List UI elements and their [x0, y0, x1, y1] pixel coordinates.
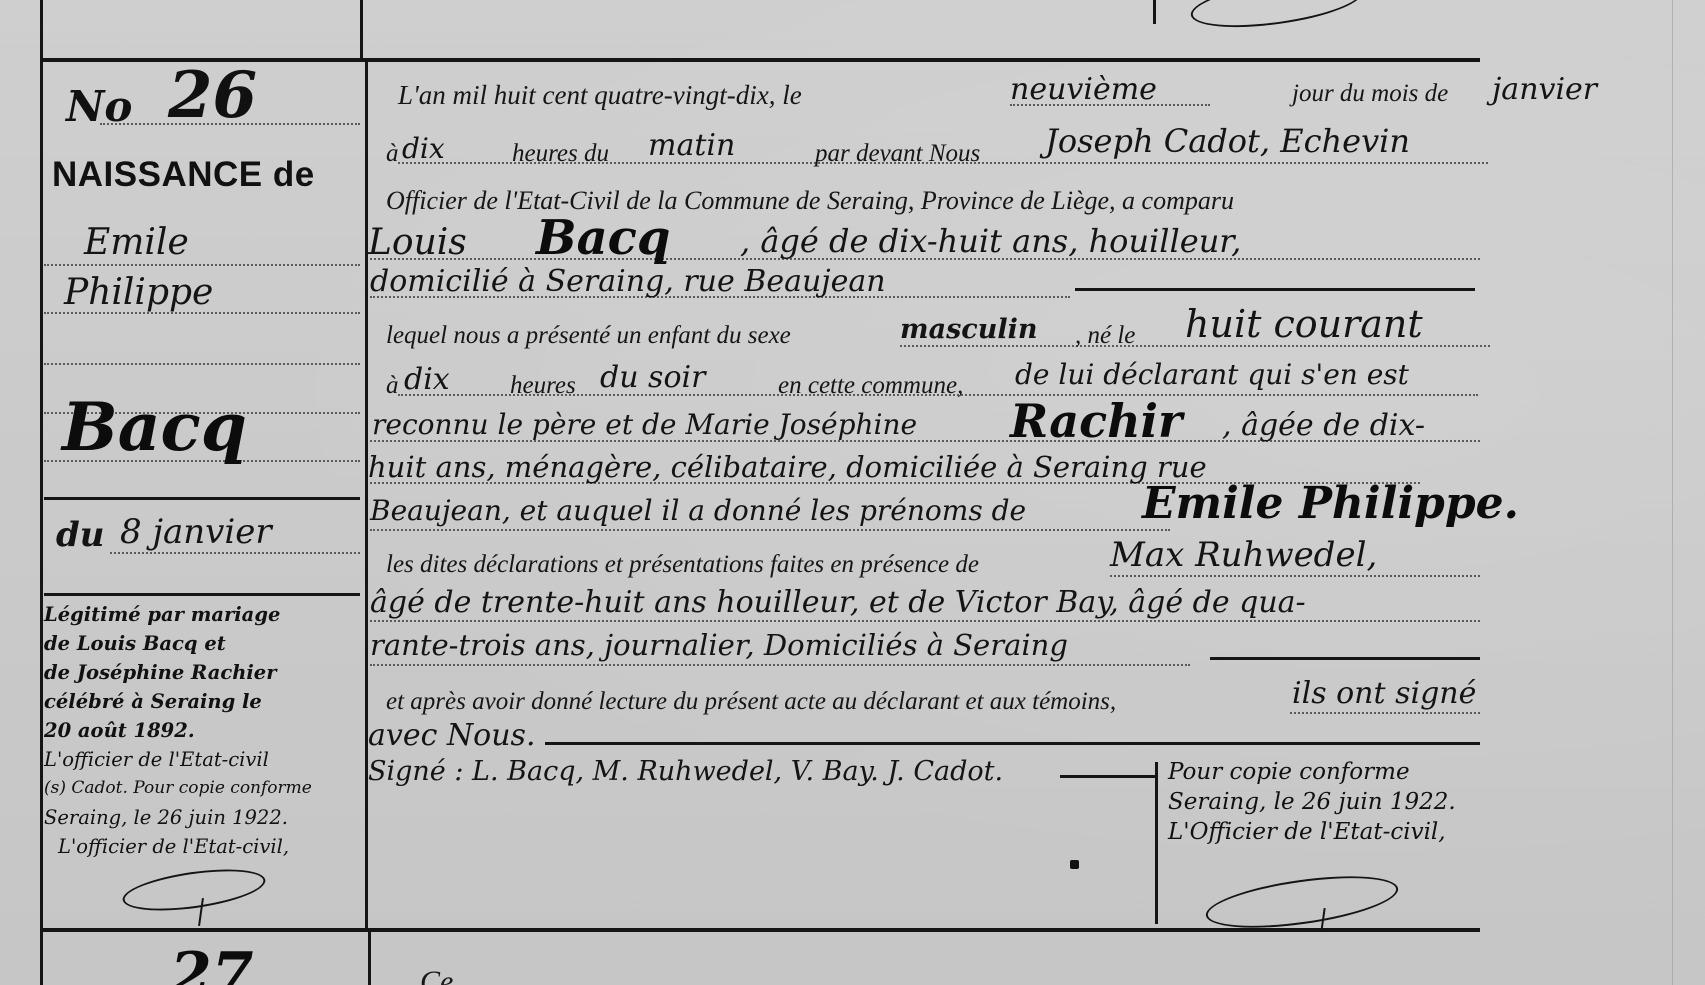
- copy-note-line: L'Officier de l'Etat-civil,: [1168, 817, 1456, 847]
- margin-note-line: (s) Cadot. Pour copie conforme: [44, 774, 364, 803]
- printed-text: jour du mois de: [1292, 80, 1448, 108]
- margin-note-line: célébré à Seraing le: [44, 687, 364, 716]
- handwritten-period: matin: [648, 128, 735, 163]
- column-divider-next: [368, 932, 371, 985]
- handwritten-given-names: Emile Philippe.: [1142, 478, 1519, 529]
- document-page: No 26 NAISSANCE de Emile Philippe Bacq d…: [0, 0, 1705, 985]
- handwritten-mother-details: huit ans, ménagère, célibataire, domicil…: [368, 450, 1207, 484]
- copy-note-line: Seraing, le 26 juin 1922.: [1168, 787, 1456, 817]
- guide-line: [110, 552, 360, 554]
- ink-dot: [1070, 860, 1079, 869]
- given-name-1: Emile: [84, 222, 189, 263]
- printed-text: Officier de l'Etat-Civil de la Commune d…: [386, 186, 1234, 216]
- fill-rule: [1210, 657, 1480, 660]
- handwritten-declaration: de lui déclarant qui s'en est: [1015, 358, 1409, 391]
- fill-rule: [1075, 288, 1475, 291]
- printed-text: L'an mil huit cent quatre-vingt-dix, le: [398, 80, 802, 111]
- entry-bottom-rule: [40, 928, 1480, 932]
- handwritten-mother: reconnu le père et de Marie Joséphine: [372, 408, 917, 441]
- copy-conform-note: Pour copie conforme Seraing, le 26 juin …: [1168, 757, 1456, 847]
- printed-text: à: [386, 372, 399, 400]
- handwritten-declarant-first: Louis: [368, 222, 467, 263]
- fill-rule: [1060, 775, 1155, 778]
- handwritten-day: neuvième: [1010, 72, 1157, 107]
- handwritten-birth-hour: dix: [404, 362, 450, 397]
- handwritten-naming: Beaujean, et auquel il a donné les préno…: [370, 494, 1026, 527]
- prev-bracket-line: [1153, 0, 1156, 24]
- officer-signature: [1203, 867, 1401, 938]
- signatures-list: Signé : L. Bacq, M. Ruhwedel, V. Bay. J.…: [368, 756, 1003, 787]
- entry-number-label: No: [66, 82, 132, 131]
- section-rule: [44, 497, 360, 500]
- guide-line: [370, 620, 1480, 622]
- entry-number: 26: [168, 58, 257, 133]
- margin-signature: [120, 862, 268, 918]
- margin-note-line: de Joséphine Rachier: [44, 658, 364, 687]
- handwritten-officer: Joseph Cadot, Echevin: [1045, 122, 1410, 160]
- printed-text: en cette commune,: [778, 372, 963, 400]
- guide-line: [44, 264, 360, 266]
- fill-rule: [545, 742, 1480, 745]
- date-prefix: du: [56, 515, 105, 555]
- handwritten-closing: avec Nous.: [368, 718, 536, 753]
- handwritten-birth-day: huit courant: [1185, 302, 1423, 346]
- printed-text: heures du: [512, 140, 609, 168]
- printed-text: les dites déclarations et présentations …: [386, 551, 979, 579]
- record-type-heading: NAISSANCE de: [52, 155, 315, 195]
- surname: Bacq: [62, 388, 247, 466]
- handwritten-signed-statement: ils ont signé: [1292, 676, 1476, 711]
- handwritten-declarant-details: , âgé de dix-huit ans, houilleur,: [740, 222, 1241, 260]
- margin-note-line: Seraing, le 26 juin 1922.: [44, 803, 364, 832]
- handwritten-witness-details: âgé de trente-huit ans houilleur, et de …: [370, 585, 1306, 620]
- guide-line: [1290, 712, 1480, 714]
- handwritten-witness-domicile: rante-trois ans, journalier, Domiciliés …: [370, 628, 1068, 662]
- printed-text: et après avoir donné lecture du présent …: [386, 688, 1116, 716]
- page-edge-line: [1672, 0, 1673, 985]
- handwritten-sex: masculin: [900, 314, 1037, 345]
- guide-line: [370, 664, 1190, 666]
- printed-text: à: [386, 140, 399, 168]
- printed-text: , né le: [1075, 322, 1135, 350]
- copy-note-bracket: [1155, 762, 1158, 924]
- handwritten-mother-surname: Rachir: [1010, 394, 1182, 448]
- printed-text: par devant Nous: [815, 140, 980, 168]
- column-divider: [365, 62, 368, 930]
- copy-note-line: Pour copie conforme: [1168, 757, 1456, 787]
- section-rule: [44, 593, 360, 596]
- guide-line: [44, 363, 360, 365]
- margin-note-line: 20 août 1892.: [44, 716, 364, 745]
- legitimation-margin-note: Légitimé par mariage de Louis Bacq et de…: [44, 600, 364, 861]
- margin-note-line: L'officier de l'Etat-civil: [44, 745, 364, 774]
- handwritten-mother-age: , âgée de dix-: [1222, 408, 1425, 443]
- margin-note-line: Légitimé par mariage: [44, 600, 364, 629]
- handwritten-month: janvier: [1492, 72, 1597, 107]
- margin-note-line: de Louis Bacq et: [44, 629, 364, 658]
- given-name-2: Philippe: [64, 272, 213, 313]
- birth-date: 8 janvier: [120, 512, 272, 552]
- left-border-line: [40, 0, 43, 985]
- handwritten-declarant-surname: Bacq: [536, 210, 670, 266]
- printed-text: lequel nous a présenté un enfant du sexe: [386, 322, 791, 350]
- handwritten-address: domicilié à Seraing, rue Beaujean: [370, 264, 886, 299]
- prev-signature-flourish: [1188, 0, 1366, 36]
- handwritten-hour: dix: [402, 132, 445, 165]
- handwritten-witness-1: Max Ruhwedel,: [1110, 535, 1377, 575]
- handwritten-birth-period: du soir: [600, 360, 705, 395]
- margin-note-line: L'officier de l'Etat-civil,: [44, 832, 364, 861]
- guide-line: [1110, 575, 1480, 577]
- guide-line: [370, 529, 1170, 531]
- next-entry-number: 27: [170, 940, 254, 985]
- column-divider-top: [360, 0, 363, 60]
- next-entry-text: Ce...: [420, 965, 476, 985]
- printed-text: heures: [510, 372, 576, 400]
